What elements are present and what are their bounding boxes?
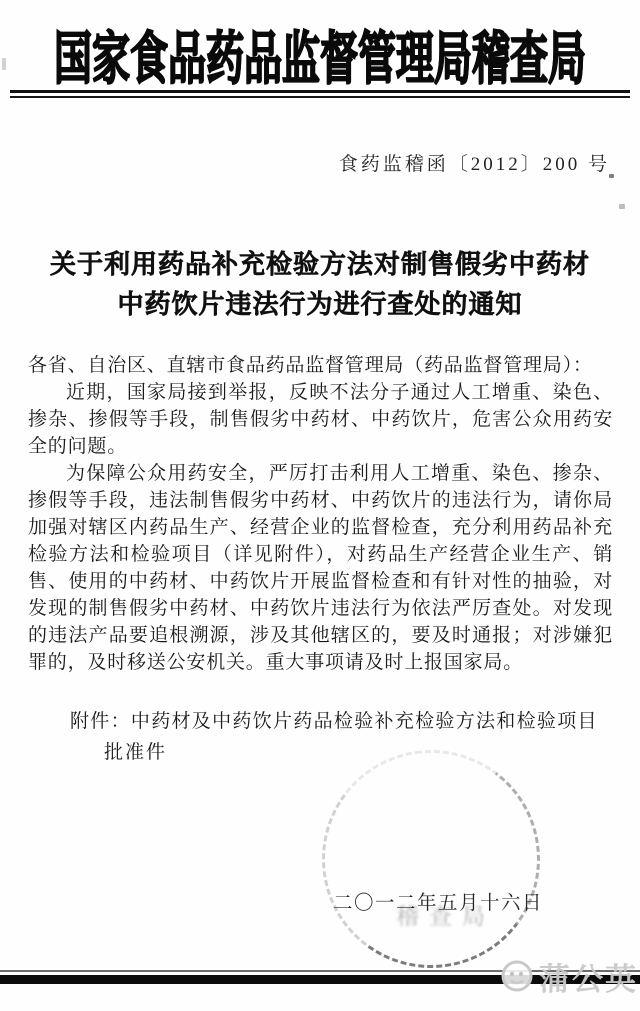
body-paragraph-2: 为保障公众用药安全，严厉打击利用人工增重、染色、掺杂、掺假等手段，违法制售假劣中… xyxy=(28,460,613,676)
attachment-line2: 批准件 xyxy=(104,737,167,764)
scan-speck xyxy=(609,174,614,178)
notice-title-line2: 中药饮片违法行为进行查处的通知 xyxy=(0,285,640,325)
notice-title-line1: 关于利用药品补充检验方法对制售假劣中药材 xyxy=(0,245,640,285)
notice-title: 关于利用药品补充检验方法对制售假劣中药材 中药饮片违法行为进行查处的通知 xyxy=(0,245,640,325)
scan-speck xyxy=(619,204,625,209)
dandelion-logo-icon xyxy=(498,957,536,995)
letterhead-divider-thin xyxy=(10,96,630,98)
salutation: 各省、自治区、直辖市食品药品监督管理局（药品监督管理局）： xyxy=(28,352,613,379)
watermark-text: 蒲公英 xyxy=(539,954,638,999)
letterhead-org-title: 国家食品药品监督管理局稽查局 xyxy=(0,12,640,95)
letterhead-divider-thick xyxy=(10,90,630,93)
body-paragraph-1: 近期，国家局接到举报，反映不法分子通过人工增重、染色、掺杂、掺假等手段，制售假劣… xyxy=(28,379,613,460)
notice-body: 各省、自治区、直辖市食品药品监督管理局（药品监督管理局）： 近期，国家局接到举报… xyxy=(28,352,613,676)
scan-speck xyxy=(2,58,6,70)
document-number: 食药监稽函〔2012〕200 号 xyxy=(339,149,610,176)
issue-date: 二〇一二年五月十六日 xyxy=(0,887,640,915)
attachment-line1: 附件：中药材及中药饮片药品检验补充检验方法和检验项目 xyxy=(70,706,598,733)
watermark: 蒲公英 xyxy=(498,953,638,999)
official-seal-icon xyxy=(308,736,554,982)
scanned-document-page: 国家食品药品监督管理局稽查局 食药监稽函〔2012〕200 号 关于利用药品补充… xyxy=(0,0,640,1011)
